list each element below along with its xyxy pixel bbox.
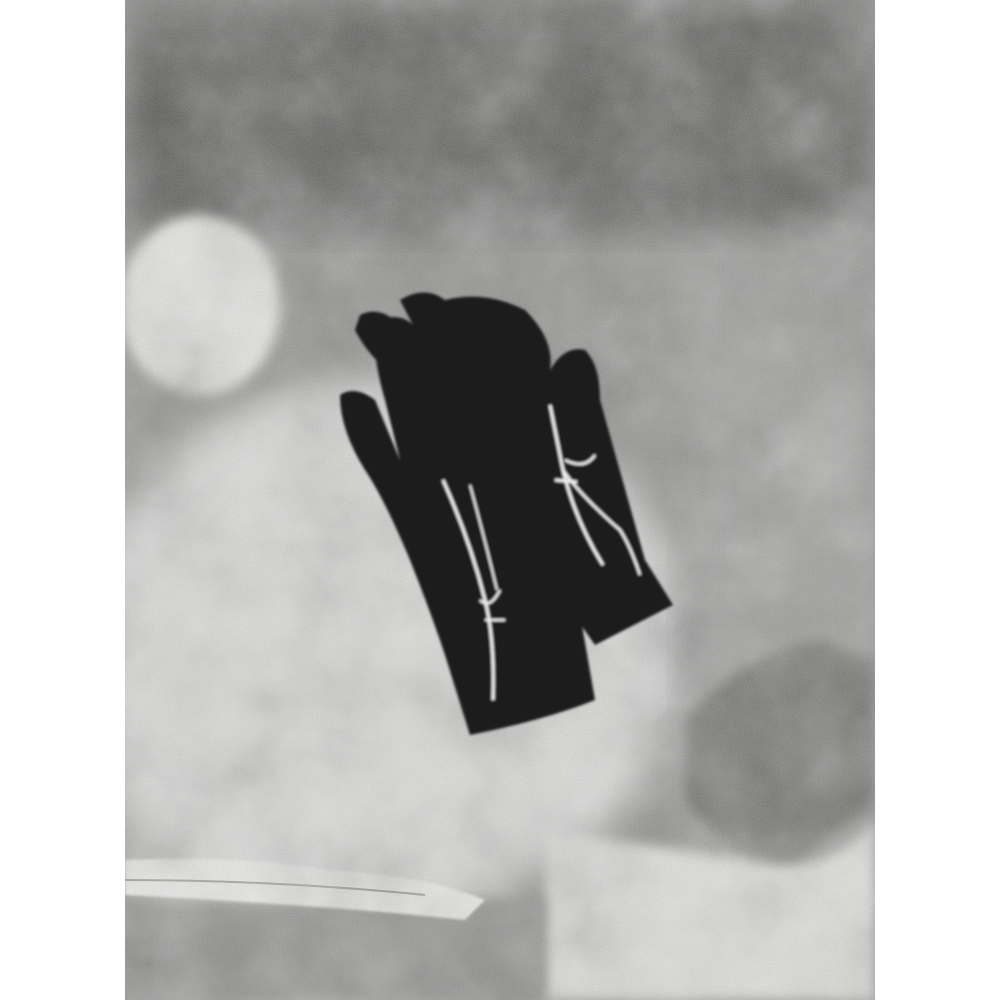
white-margin-frame xyxy=(0,0,1000,1000)
photo-rendering xyxy=(125,0,875,1000)
photograph xyxy=(125,0,875,1000)
